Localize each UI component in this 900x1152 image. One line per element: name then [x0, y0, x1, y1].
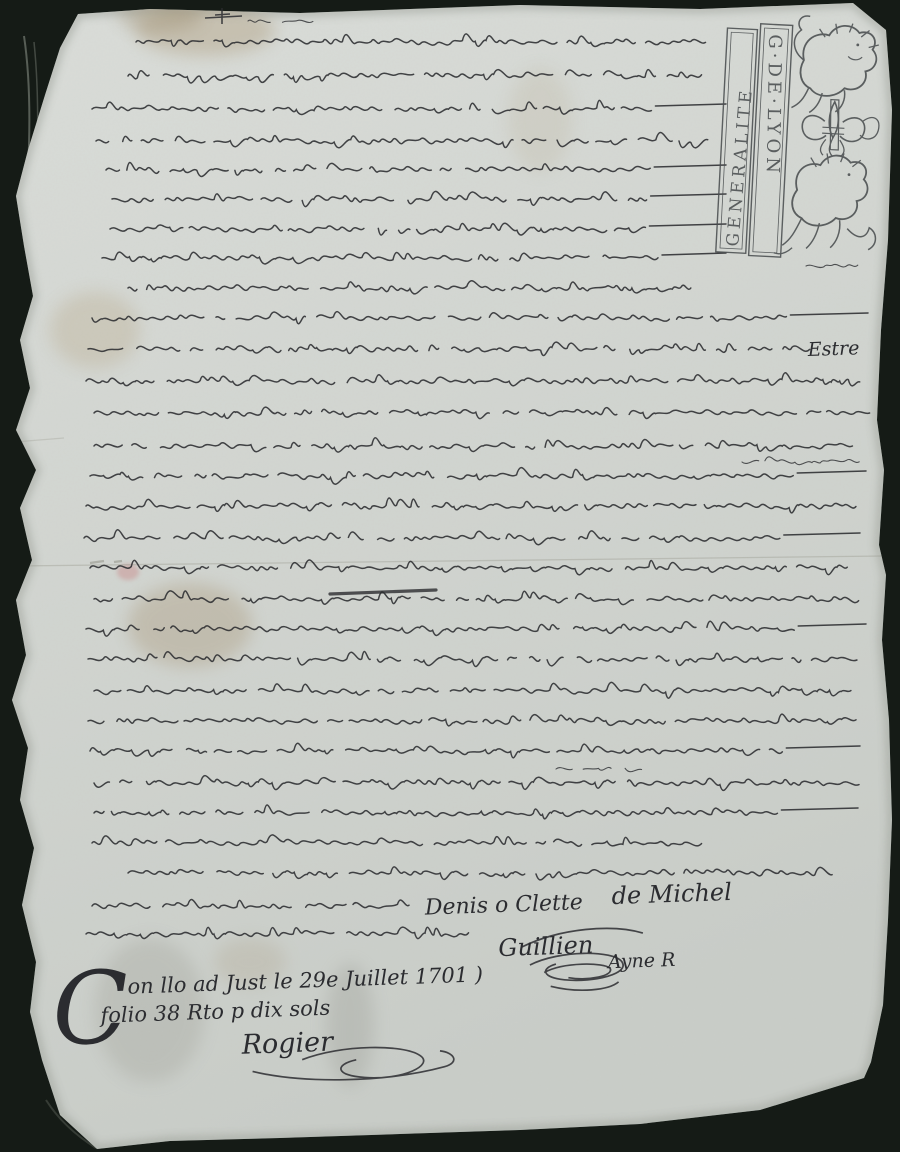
photograph-of-manuscript: Estre Denis o Clette de Michel Guillien …	[0, 0, 900, 1152]
signature-guillien-suffix: Ayne R	[606, 949, 676, 973]
stain-left-margin	[50, 292, 140, 368]
controller-signature-rogier: Rogier	[240, 1027, 336, 1061]
manuscript-scene: Estre Denis o Clette de Michel Guillien …	[0, 0, 900, 1152]
stamp-inner-band-label: G·DE·LYON	[762, 34, 785, 177]
signature-de-michel: de Michel	[611, 878, 732, 910]
stain-middle-left	[128, 583, 252, 667]
signature-guillien: Guillien	[498, 931, 594, 962]
stain-center-top	[508, 68, 572, 172]
fragment-estre: Estre	[806, 337, 859, 361]
